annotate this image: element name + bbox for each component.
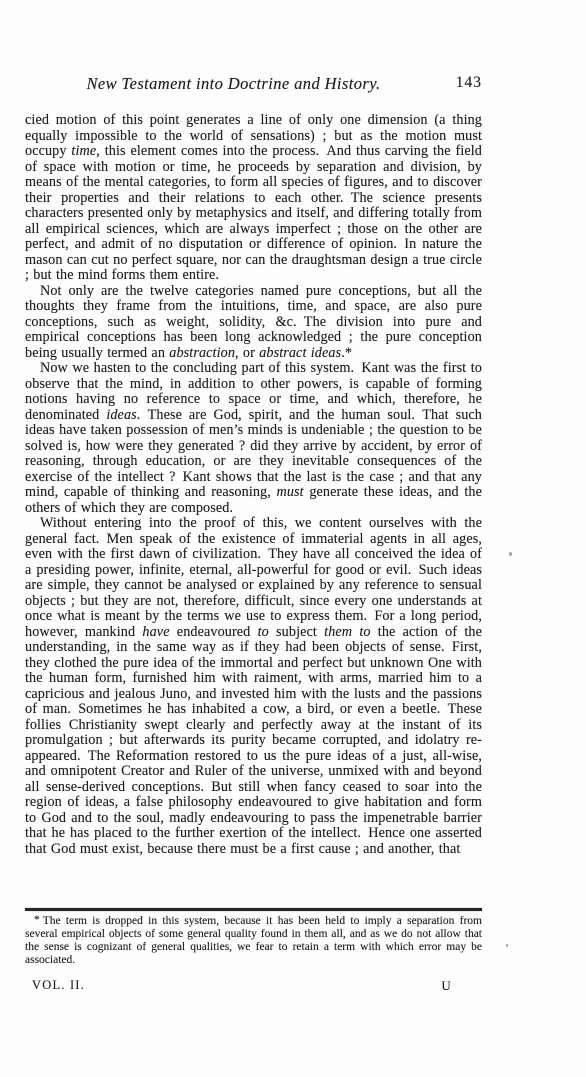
emphasized-text: to: [258, 624, 269, 640]
text-segment: , or: [235, 345, 259, 361]
scan-artifact-speck: [509, 552, 512, 556]
running-title: New Testament into Doctrine and History.: [25, 74, 482, 94]
scan-artifact-speck: [506, 944, 508, 947]
emphasized-text: ideas: [106, 407, 136, 423]
page-number: 143: [456, 74, 482, 92]
emphasized-text: them to: [324, 624, 370, 640]
text-segment: Without entering into the proof of this,…: [25, 515, 482, 640]
paragraph-1: cied motion of this point generates a li…: [25, 113, 482, 284]
emphasized-text: abstract ideas: [259, 345, 341, 361]
scanned-book-page: New Testament into Doctrine and History.…: [0, 0, 586, 1077]
text-segment: the action of the understanding, in the …: [25, 624, 482, 857]
volume-label: VOL. II.: [25, 978, 85, 994]
text-column: New Testament into Doctrine and History.…: [25, 74, 482, 909]
emphasized-text: abstraction: [169, 345, 235, 361]
footnote-marker: *: [34, 914, 43, 926]
footnote-divider-rule: [25, 908, 482, 911]
running-header: New Testament into Doctrine and History.…: [25, 74, 482, 98]
paragraph-2: Not only are the twelve categories named…: [25, 284, 482, 362]
text-segment: .*: [341, 345, 352, 361]
signature-mark: U: [441, 978, 452, 994]
footnote: *The term is dropped in this system, bec…: [25, 915, 482, 967]
paragraph-4: Without entering into the proof of this,…: [25, 516, 482, 857]
emphasized-text: time: [71, 143, 96, 159]
text-segment: endeavoured: [170, 624, 258, 640]
text-segment: subject: [269, 624, 324, 640]
footnote-block: *The term is dropped in this system, bec…: [25, 908, 482, 994]
text-segment: , this element comes into the process. A…: [25, 143, 482, 283]
body-text: cied motion of this point generates a li…: [25, 113, 482, 909]
emphasized-text: must: [277, 484, 304, 500]
footnote-text: The term is dropped in this system, beca…: [25, 915, 482, 966]
emphasized-text: have: [142, 624, 169, 640]
paragraph-3: Now we hasten to the concluding part of …: [25, 361, 482, 516]
page-footer: VOL. II. U: [25, 978, 482, 994]
